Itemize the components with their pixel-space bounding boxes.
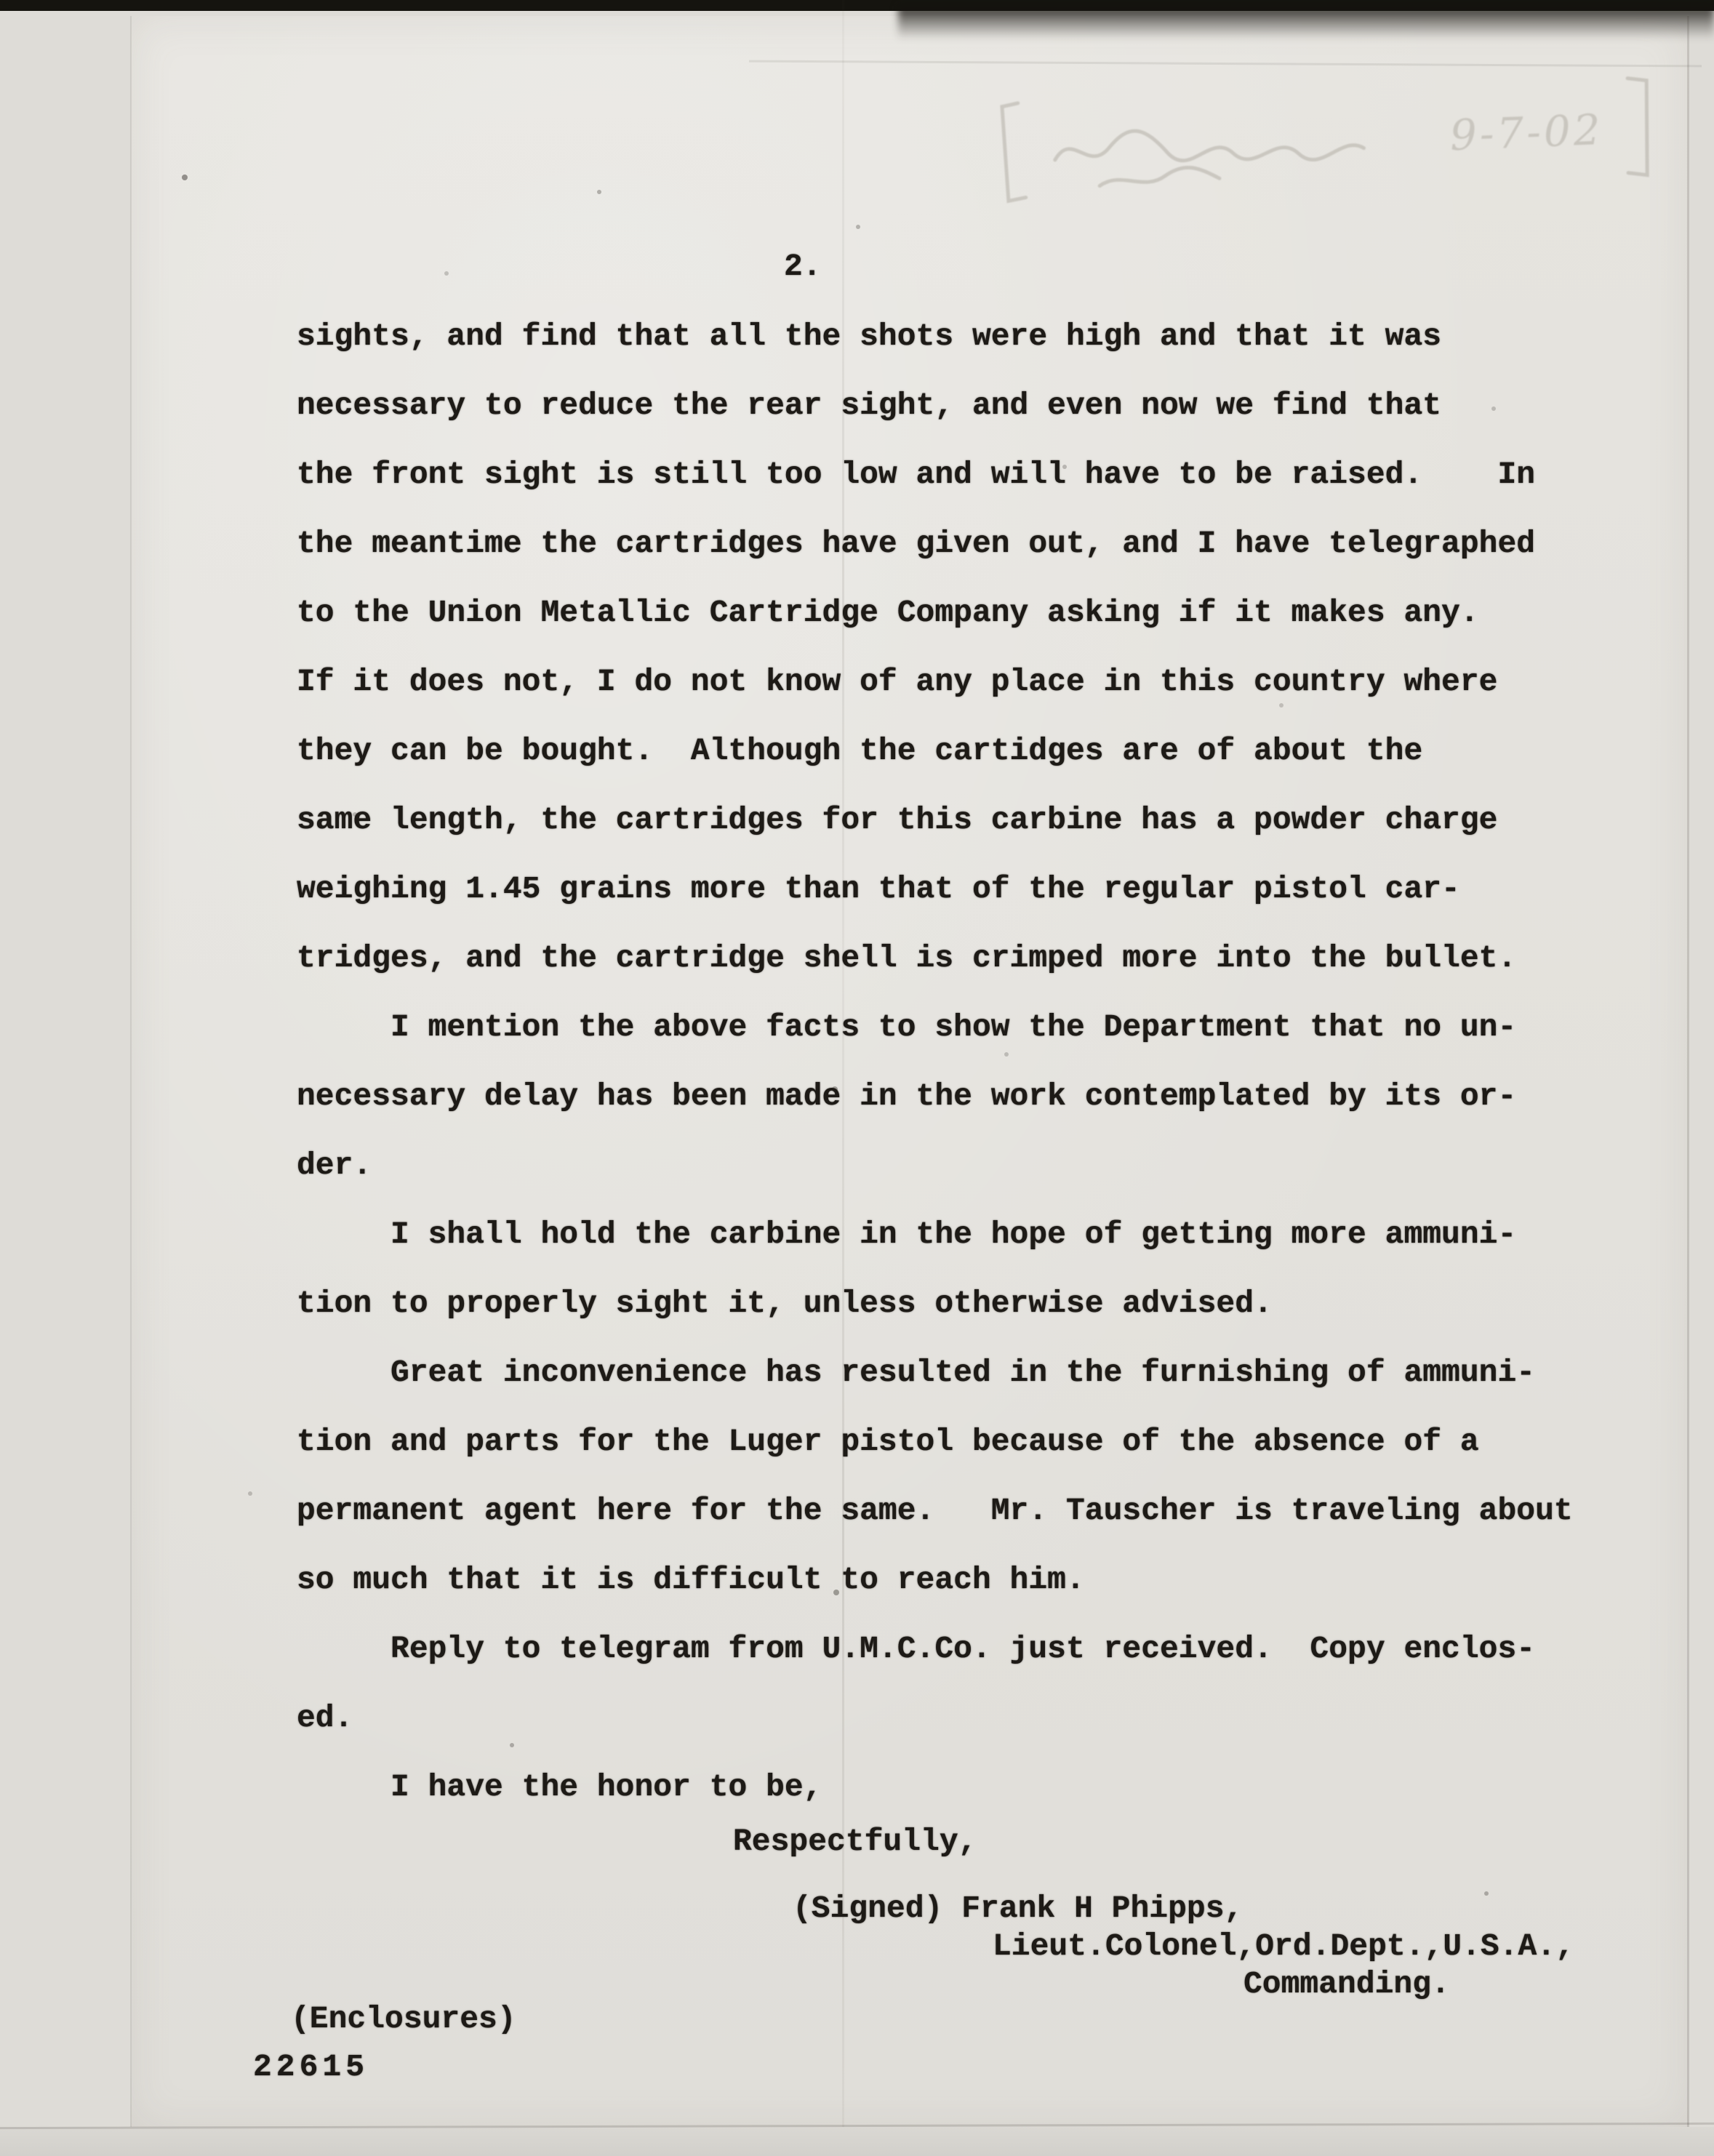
body-line: to the Union Metallic Cartridge Company … [297,578,1573,647]
closing-signed-line: (Signed) Frank H Phipps, [793,1891,1243,1926]
closing-rank-line: Lieut.Colonel,Ord.Dept.,U.S.A., [993,1928,1574,1964]
body-line: necessary delay has been made in the wor… [297,1062,1573,1131]
bottom-fold-shade [0,2127,1714,2156]
paper-right-edge-line [1687,16,1689,2128]
closing-commanding-line: Commanding. [1244,1966,1450,2002]
body-line: the front sight is still too low and wil… [297,440,1573,509]
letter-body: sights, and find that all the shots were… [297,302,1573,1822]
paper-left-edge-line [130,16,132,2128]
body-line: tion to properly sight it, unless otherw… [297,1269,1573,1338]
pencil-bracket-icon [1611,65,1666,191]
body-line: permanent agent here for the same. Mr. T… [297,1476,1573,1545]
body-line: sights, and find that all the shots were… [297,302,1573,371]
body-line: Reply to telegram from U.M.C.Co. just re… [297,1614,1573,1683]
document-number: 22615 [253,2049,369,2085]
body-line: the meantime the cartridges have given o… [297,509,1573,578]
closing-respectfully: Respectfully, [733,1824,977,1859]
body-line: I have the honor to be, [297,1752,1573,1822]
pencil-annotation: 9-7-02 [987,54,1690,226]
body-line: necessary to reduce the rear sight, and … [297,371,1573,440]
pencil-scrawl-icon [987,74,1442,215]
scan-top-right-shadow [898,6,1714,39]
body-line: same length, the cartridges for this car… [297,785,1573,854]
body-line: I shall hold the carbine in the hope of … [297,1200,1573,1269]
body-line: tion and parts for the Luger pistol beca… [297,1407,1573,1476]
annotation-date: 9-7-02 [1449,105,1604,160]
ink-specks [0,0,3,3]
body-line: weighing 1.45 grains more than that of t… [297,854,1573,923]
scanned-letter-page: 9-7-02 2. sights, and find that all the … [0,0,1714,2156]
body-line: so much that it is difficult to reach hi… [297,1545,1573,1614]
body-line: ed. [297,1683,1573,1752]
body-line: der. [297,1131,1573,1200]
page-number: 2. [784,249,822,284]
body-line: I mention the above facts to show the De… [297,993,1573,1062]
body-line: If it does not, I do not know of any pla… [297,647,1573,716]
enclosures-note: (Enclosures) [291,2001,516,2037]
body-line: Great inconvenience has resulted in the … [297,1338,1573,1407]
body-line: they can be bought. Although the cartidg… [297,716,1573,785]
body-line: tridges, and the cartridge shell is crim… [297,923,1573,993]
